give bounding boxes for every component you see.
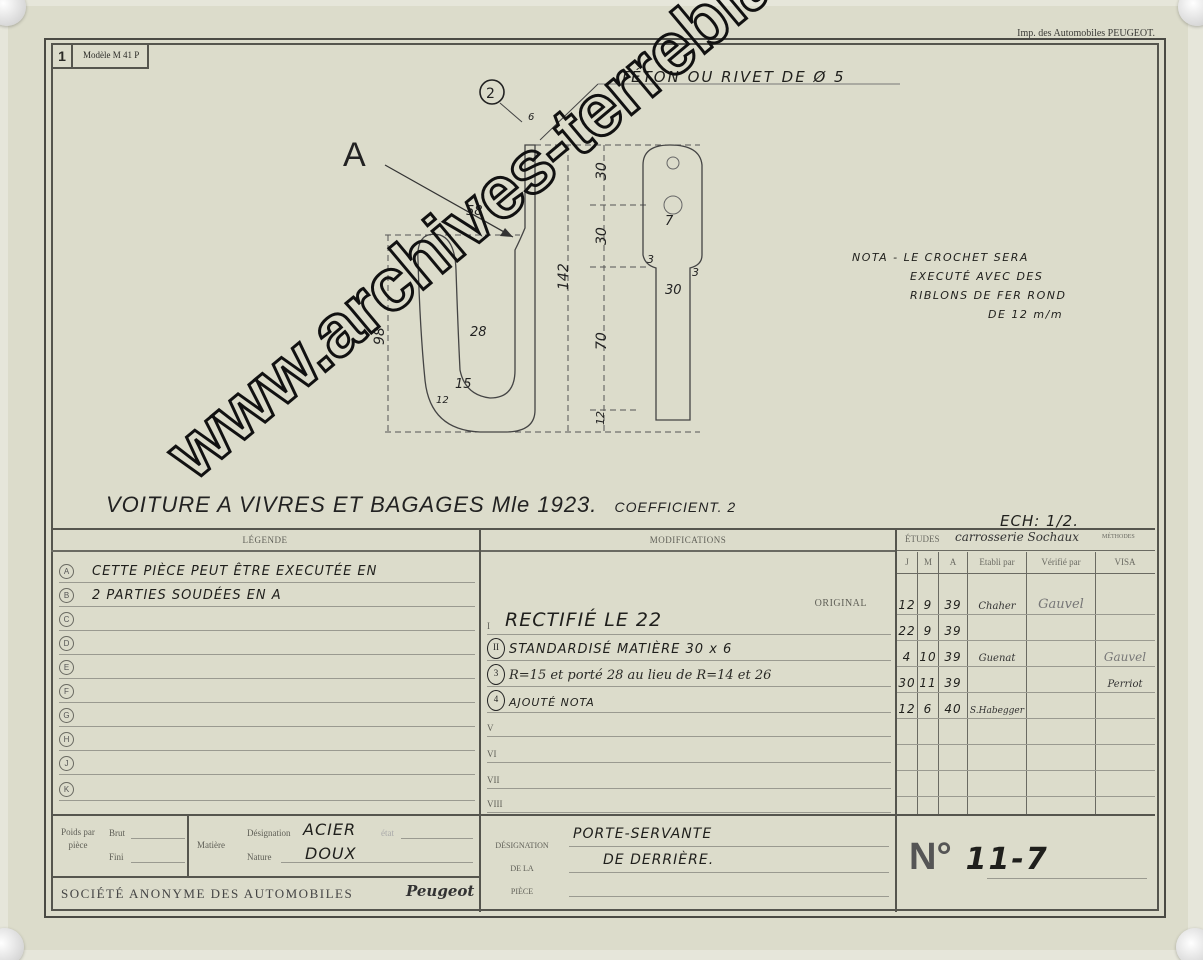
- material-company-section: Poids par pièce Brut Fini Matière Désign…: [51, 816, 481, 912]
- year: 39: [939, 676, 967, 690]
- nota-line: RIBLONS DE FER ROND: [852, 286, 1066, 305]
- modification-text: R=15 et porté 28 au lieu de R=14 et 26: [509, 668, 771, 686]
- nature-label: Nature: [247, 852, 272, 862]
- verified-by-signature: Gauvel: [1027, 597, 1095, 612]
- established-by-signature: S.Habegger: [968, 706, 1026, 716]
- footer-block: Poids par pièce Brut Fini Matière Désign…: [51, 814, 1155, 912]
- month: 9: [918, 598, 938, 612]
- year: 39: [939, 650, 967, 664]
- month: 6: [918, 702, 938, 716]
- year: 39: [939, 598, 967, 612]
- nota-line: DE 12 m/m: [852, 305, 1066, 324]
- legend-key: F: [59, 684, 74, 699]
- modification-index: VII: [487, 775, 505, 788]
- legend-text: 2 PARTIES SOUDÉES EN A: [92, 588, 282, 606]
- modification-row: V: [487, 712, 891, 737]
- legend-row: B2 PARTIES SOUDÉES EN A: [59, 582, 475, 607]
- modification-row: IRECTIFIÉ LE 22: [487, 608, 891, 635]
- modification-text: RECTIFIÉ LE 22: [505, 609, 662, 634]
- etudes-row: 22 9 39: [897, 614, 1155, 641]
- legend-row: D: [59, 630, 475, 655]
- svg-text:28: 28: [470, 325, 487, 340]
- modification-row: 4AJOUTÉ NOTA: [487, 686, 891, 713]
- designation-label: Désignation: [247, 828, 291, 838]
- nota-line: NOTA - LE CROCHET SERA: [852, 248, 1066, 267]
- etudes-grid: J M A Etabli par Vérifié par VISA 12 9 3…: [897, 552, 1155, 814]
- drawing-title: VOITURE A VIVRES ET BAGAGES Mle 1923. CO…: [106, 492, 736, 518]
- svg-text:3: 3: [647, 253, 654, 266]
- peugeot-logo: Peugeot: [406, 882, 474, 900]
- etat-label: état: [381, 828, 394, 838]
- modification-index: V: [487, 723, 505, 736]
- day: 4: [897, 650, 917, 664]
- modification-row: VII: [487, 762, 891, 789]
- legend-row: J: [59, 750, 475, 775]
- svg-text:70: 70: [594, 332, 610, 350]
- piece-name-line1: PORTE-SERVANTE: [573, 826, 712, 842]
- etudes-header: ÉTUDES carrosserie Sochaux MÉTHODES: [897, 530, 1155, 551]
- legend-row: H: [59, 726, 475, 751]
- day: 30: [897, 676, 917, 690]
- visa-signature: Gauvel: [1096, 650, 1154, 664]
- legend-key: C: [59, 612, 74, 627]
- legend-key: H: [59, 732, 74, 747]
- etudes-row: 12 9 39 Chaher Gauvel: [897, 588, 1155, 615]
- legend-key: E: [59, 660, 74, 675]
- year: 39: [939, 624, 967, 638]
- day: 22: [897, 624, 917, 638]
- weight-label: Poids par pièce: [61, 826, 95, 852]
- modification-text: AJOUTÉ NOTA: [509, 696, 595, 712]
- piece-designation-section: DÉSIGNATION DE LA PIÈCE PORTE-SERVANTE D…: [481, 816, 897, 912]
- visa-signature: Perriot: [1096, 679, 1154, 690]
- legend-row: ACETTE PIÈCE PEUT ÊTRE EXECUTÉE EN: [59, 558, 475, 583]
- col-day: J: [897, 552, 917, 572]
- legend-row: F: [59, 678, 475, 703]
- weight-material-box: Poids par pièce Brut Fini Matière Désign…: [51, 816, 479, 878]
- established-by-signature: Chaher: [968, 601, 1026, 612]
- modification-index: VI: [487, 749, 505, 762]
- month: 10: [918, 650, 938, 664]
- modifications-section: MODIFICATIONS ORIGINAL IRECTIFIÉ LE 22 I…: [481, 530, 897, 814]
- day: 12: [897, 702, 917, 716]
- svg-text:30: 30: [594, 227, 610, 245]
- month: 11: [918, 676, 938, 690]
- col-verifie: Vérifié par: [1027, 552, 1095, 572]
- modification-row: VIII: [487, 788, 891, 813]
- company-name: SOCIÉTÉ ANONYME DES AUTOMOBILES: [61, 886, 353, 902]
- piece-label: DÉSIGNATION DE LA PIÈCE: [487, 834, 557, 903]
- material-designation: ACIER: [303, 820, 356, 839]
- svg-text:30: 30: [665, 283, 682, 298]
- etudes-department: carrosserie Sochaux: [955, 530, 1079, 544]
- modification-index: 3: [487, 664, 505, 685]
- number-value: 11-7: [966, 842, 1049, 877]
- legend-row: E: [59, 654, 475, 679]
- legend-header: LÉGENDE: [51, 530, 479, 552]
- fini-label: Fini: [109, 852, 124, 862]
- title-coefficient: COEFFICIENT. 2: [615, 499, 737, 515]
- etudes-row: 30 11 39 Perriot: [897, 666, 1155, 693]
- title-main: VOITURE A VIVRES ET BAGAGES Mle 1923.: [106, 492, 597, 517]
- modification-row: VI: [487, 736, 891, 763]
- month: 9: [918, 624, 938, 638]
- methodes-label: MÉTHODES: [1102, 534, 1135, 540]
- number-prefix: N°: [909, 836, 952, 878]
- legend-key: J: [59, 756, 74, 771]
- piece-label-line: PIÈCE: [487, 880, 557, 903]
- legend-text: CETTE PIÈCE PEUT ÊTRE EXECUTÉE EN: [92, 564, 377, 582]
- etudes-label: ÉTUDES: [905, 534, 940, 544]
- material-nature: DOUX: [305, 844, 357, 863]
- svg-text:7: 7: [665, 214, 674, 229]
- legend-key: D: [59, 636, 74, 651]
- piece-name-line2: DE DERRIÈRE.: [603, 852, 714, 868]
- modification-text: STANDARDISÉ MATIÈRE 30 x 6: [509, 642, 732, 660]
- day: 12: [897, 598, 917, 612]
- etudes-row: 12 6 40 S.Habegger: [897, 692, 1155, 719]
- col-etabli: Etabli par: [968, 552, 1026, 572]
- title-block: LÉGENDE ACETTE PIÈCE PEUT ÊTRE EXECUTÉE …: [51, 528, 1155, 910]
- drawing-number-section: N°11-7: [897, 816, 1155, 912]
- col-year: A: [939, 552, 967, 572]
- svg-text:12: 12: [436, 395, 449, 406]
- modifications-header: MODIFICATIONS: [481, 530, 895, 552]
- legend-row: C: [59, 606, 475, 631]
- brut-label: Brut: [109, 828, 125, 838]
- nota-line: EXECUTÉ AVEC DES: [852, 267, 1066, 286]
- col-visa: VISA: [1096, 552, 1154, 572]
- modification-index: II: [487, 638, 505, 659]
- legend-key: G: [59, 708, 74, 723]
- modification-row: 3R=15 et porté 28 au lieu de R=14 et 26: [487, 660, 891, 687]
- svg-text:2: 2: [486, 86, 495, 102]
- year: 40: [939, 702, 967, 716]
- modification-index: I: [487, 621, 505, 634]
- reference-a-label: A: [343, 136, 366, 175]
- drawing-number: N°11-7: [909, 836, 1049, 879]
- legend-key: B: [59, 588, 74, 603]
- svg-text:12: 12: [594, 411, 607, 425]
- piece-label-line: DE LA: [487, 857, 557, 880]
- legend-key: K: [59, 782, 74, 797]
- matiere-label: Matière: [197, 840, 225, 850]
- svg-text:142: 142: [556, 263, 572, 290]
- nota-note: NOTA - LE CROCHET SERA EXECUTÉ AVEC DES …: [852, 248, 1066, 324]
- legend-key: A: [59, 564, 74, 579]
- col-month: M: [918, 552, 938, 572]
- modification-index: 4: [487, 690, 505, 711]
- piece-label-line: DÉSIGNATION: [487, 834, 557, 857]
- legend-row: K: [59, 776, 475, 801]
- svg-text:3: 3: [692, 266, 699, 279]
- legend-section: LÉGENDE ACETTE PIÈCE PEUT ÊTRE EXECUTÉE …: [51, 530, 481, 814]
- svg-text:15: 15: [455, 377, 472, 392]
- etudes-row: 4 10 39 Guenat Gauvel: [897, 640, 1155, 667]
- etudes-section: ÉTUDES carrosserie Sochaux MÉTHODES J M …: [897, 530, 1155, 814]
- legend-row: G: [59, 702, 475, 727]
- established-by-signature: Guenat: [968, 653, 1026, 664]
- modification-index: VIII: [487, 799, 505, 812]
- modification-row: IISTANDARDISÉ MATIÈRE 30 x 6: [487, 634, 891, 661]
